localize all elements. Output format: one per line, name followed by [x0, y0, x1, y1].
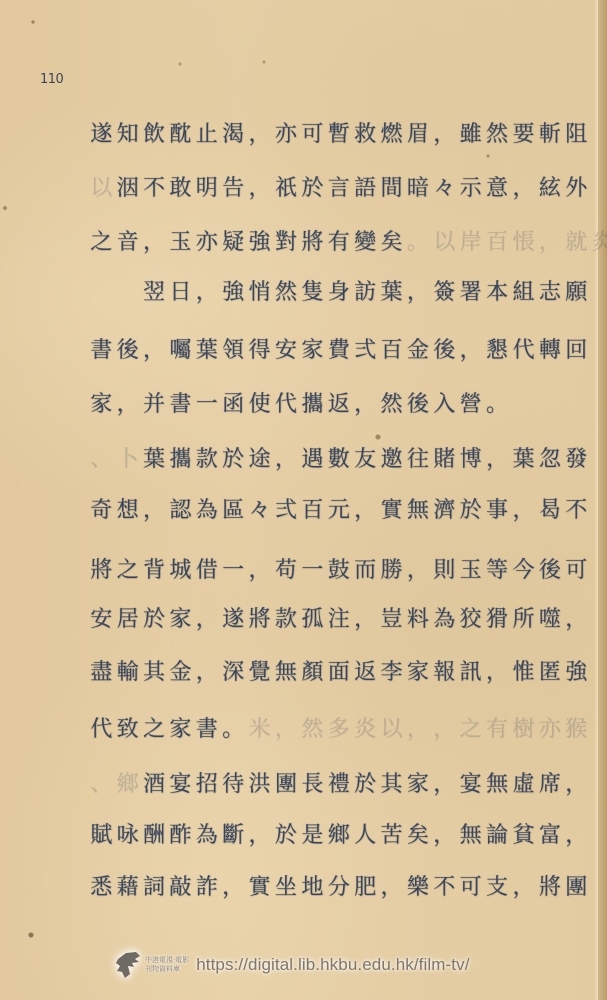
- text-line: 安居於家，遂將款孤注，豈料為狡猾所噬，: [88, 590, 598, 644]
- text-line: 家，并書一函使代攜返，然後入營。: [88, 375, 598, 429]
- page-binding-edge: [598, 0, 607, 1000]
- paragraph-start-line: 、卜 葉攜款於途，遇數友邀往賭博，葉忽發: [88, 430, 598, 484]
- archive-url: https://digital.lib.hkbu.edu.hk/film-tv/: [196, 955, 469, 975]
- text-line: 書後，囑葉領得安家費弍百金後，懇代轉回: [88, 321, 598, 375]
- line-text: 賦咏酬酢為斷，於是鄉人苦矣，無論貧富，: [88, 818, 589, 849]
- line-text: 書後，囑葉領得安家費弍百金後，懇代轉回: [88, 333, 589, 364]
- page-number: 110: [40, 72, 63, 87]
- text-line: 悉藉詞敲詐，實坐地分肥，樂不可支，將團: [88, 858, 598, 912]
- paragraph-start-line: 翌日，強悄然隻身訪葉，簽署本組志願: [88, 263, 598, 317]
- line-text: 悉藉詞敲詐，實坐地分肥，樂不可支，將團: [88, 870, 589, 901]
- text-line: 遂知飲酖止渴，亦可暫救燃眉，雖然要斬阻: [88, 105, 598, 159]
- text-line: 奇想，認為區々弍百元，實無濟於事，曷不: [88, 481, 598, 535]
- text-line: 將之背城借一，苟一鼓而勝，則玉等今後可: [88, 541, 598, 595]
- paragraph-start-line: 、鄉 酒宴招待洪團長禮於其家，宴無虛席，: [88, 755, 598, 809]
- line-text: 洇不敢明告，祇於言語間暗々示意，絃外: [114, 171, 589, 202]
- text-line: 盡輸其金，深覺無顏面返李家報訊，惟匿強: [88, 643, 598, 697]
- archive-name-line2: 刊物資料庫: [145, 965, 189, 974]
- line-text: 遂知飲酖止渴，亦可暫救燃眉，雖然要斬阻: [88, 117, 589, 148]
- bleed-through-marks: 以: [88, 159, 114, 213]
- line-text: 安居於家，遂將款孤注，豈料為狡猾所噬，: [88, 602, 589, 633]
- archive-watermark: 中港電視·電影 刊物資料庫 https://digital.lib.hkbu.e…: [114, 948, 470, 982]
- text-line: 以 洇不敢明告，祇於言語間暗々示意，絃外: [88, 159, 598, 213]
- text-line: 之音，玉亦疑強對將有變矣 。以岸百悵，就炎: [88, 213, 598, 267]
- bleed-through-marks: 、鄉: [88, 755, 141, 809]
- line-text: 之音，玉亦疑強對將有變矣: [88, 225, 405, 256]
- text-line: 賦咏酬酢為斷，於是鄉人苦矣，無論貧富，: [88, 806, 598, 860]
- line-text: 酒宴招待洪團長禮於其家，宴無虛席，: [141, 767, 590, 798]
- hkbu-film-tv-logo-icon: [114, 950, 142, 980]
- line-text: 代致之家書。: [88, 712, 246, 743]
- line-text: 家，并書一函使代攜返，然後入營。: [88, 387, 510, 418]
- bleed-through-marks: 米，然多炎以，，之有樹亦猴: [246, 712, 589, 743]
- archive-name: 中港電視·電影 刊物資料庫: [145, 956, 189, 974]
- archive-name-line1: 中港電視·電影: [145, 956, 189, 965]
- line-text: 盡輸其金，深覺無顏面返李家報訊，惟匿強: [88, 655, 589, 686]
- line-text: 翌日，強悄然隻身訪葉，簽署本組志願: [141, 275, 590, 306]
- line-text: 將之背城借一，苟一鼓而勝，則玉等今後可: [88, 553, 589, 584]
- line-text: 葉攜款於途，遇數友邀往賭博，葉忽發: [141, 442, 590, 473]
- bleed-through-marks: 、卜: [88, 430, 141, 484]
- text-line: 代致之家書。 米，然多炎以，，之有樹亦猴: [88, 700, 598, 754]
- bleed-through-marks: 。以岸百悵，就炎: [405, 225, 607, 256]
- line-text: 奇想，認為區々弍百元，實無濟於事，曷不: [88, 493, 589, 524]
